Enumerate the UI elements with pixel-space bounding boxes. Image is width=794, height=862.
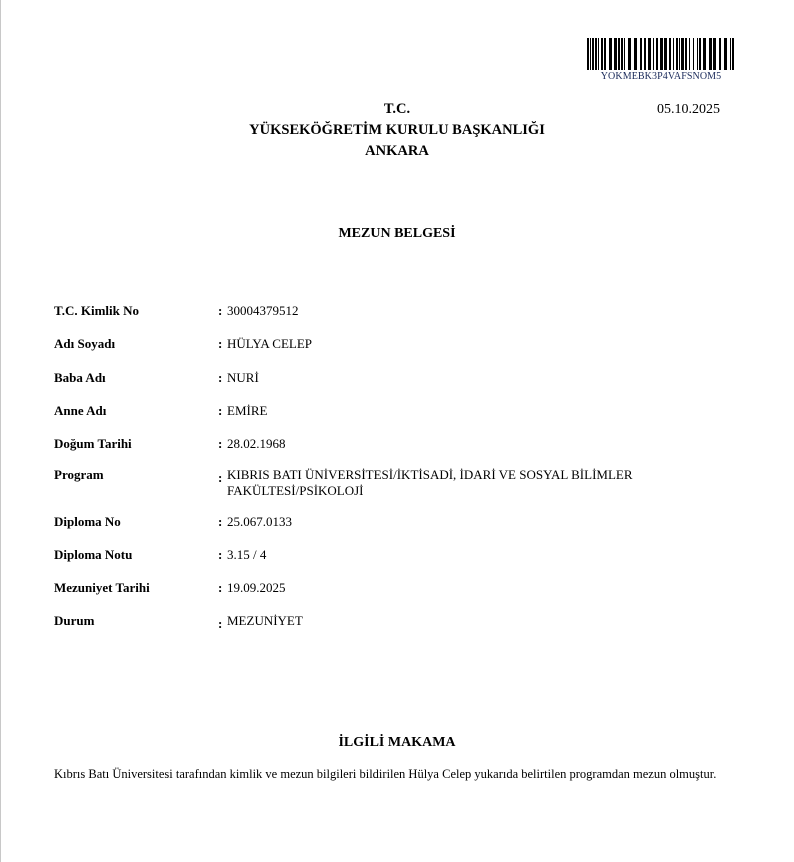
barcode-bar <box>732 38 734 70</box>
field-separator: : <box>218 370 222 386</box>
field-value: EMİRE <box>227 403 687 419</box>
header-line-institution: YÜKSEKÖĞRETİM KURULU BAŞKANLIĞI <box>0 120 794 141</box>
field-label: T.C. Kimlik No <box>54 303 139 319</box>
field-separator: : <box>218 436 222 452</box>
field-label: Durum <box>54 613 94 629</box>
field-value: 19.09.2025 <box>227 580 687 596</box>
field-label: Doğum Tarihi <box>54 436 132 452</box>
field-separator: : <box>218 403 222 419</box>
field-separator: : <box>218 336 222 352</box>
header-line-city: ANKARA <box>0 141 794 162</box>
field-label: Anne Adı <box>54 403 106 419</box>
barcode-block: YOKMEBK3P4VAFSNOM5 <box>586 38 736 82</box>
field-separator: : <box>218 547 222 563</box>
field-label: Program <box>54 467 104 483</box>
field-value: HÜLYA CELEP <box>227 336 687 352</box>
field-label: Adı Soyadı <box>54 336 115 352</box>
field-value: 3.15 / 4 <box>227 547 687 563</box>
field-separator: : <box>218 616 222 632</box>
issuer-header: T.C. YÜKSEKÖĞRETİM KURULU BAŞKANLIĞI ANK… <box>0 99 794 162</box>
field-separator: : <box>218 514 222 530</box>
field-separator: : <box>218 580 222 596</box>
header-line-country: T.C. <box>0 99 794 120</box>
field-separator: : <box>218 470 222 486</box>
field-value: 25.067.0133 <box>227 514 687 530</box>
addressee-title: İLGİLİ MAKAMA <box>0 735 794 751</box>
field-value: MEZUNİYET <box>227 613 687 629</box>
barcode-caption: YOKMEBK3P4VAFSNOM5 <box>586 71 736 82</box>
field-value: KIBRIS BATI ÜNİVERSİTESİ/İKTİSADİ, İDARİ… <box>227 467 687 499</box>
field-label: Diploma Notu <box>54 547 132 563</box>
field-separator: : <box>218 303 222 319</box>
field-value: 30004379512 <box>227 303 687 319</box>
field-label: Mezuniyet Tarihi <box>54 580 150 596</box>
field-label: Baba Adı <box>54 370 106 386</box>
field-value: 28.02.1968 <box>227 436 687 452</box>
document-title: MEZUN BELGESİ <box>0 226 794 242</box>
graduation-statement: Kıbrıs Batı Üniversitesi tarafından kiml… <box>54 766 744 782</box>
barcode-icon <box>587 38 735 70</box>
field-value: NURİ <box>227 370 687 386</box>
field-label: Diploma No <box>54 514 121 530</box>
